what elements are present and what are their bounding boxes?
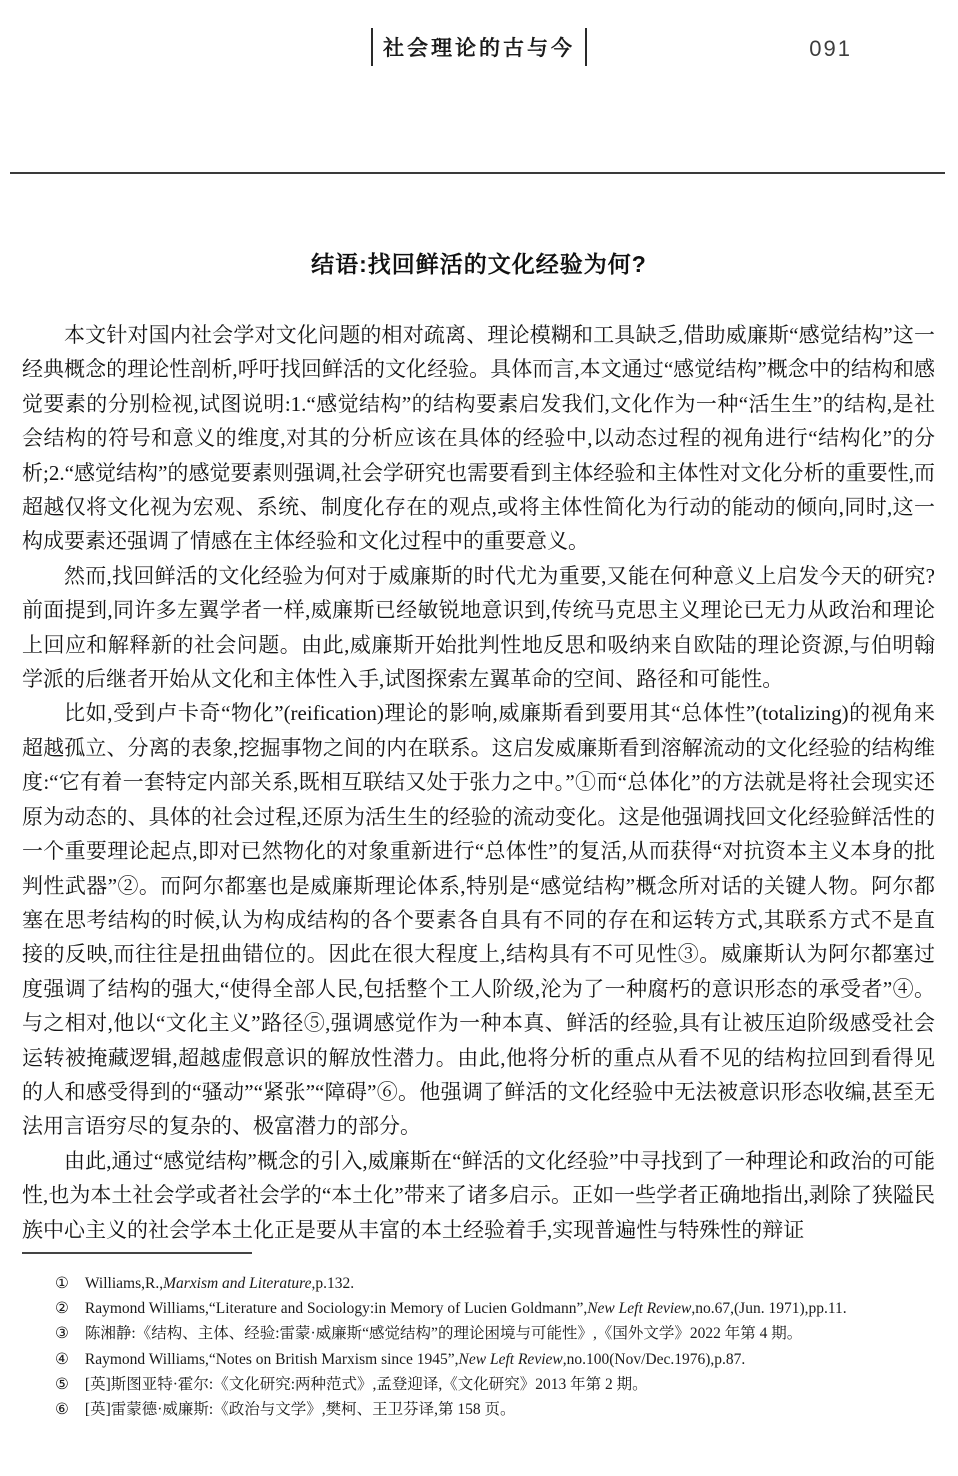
page-number: 091 (809, 36, 852, 62)
footnote-item: ②Raymond Williams,“Literature and Sociol… (22, 1296, 935, 1321)
footnote-text: [英]雷蒙德·威廉斯:《政治与文学》,樊柯、王卫芬译,第 158 页。 (85, 1401, 516, 1418)
footnote-item: ⑥[英]雷蒙德·威廉斯:《政治与文学》,樊柯、王卫芬译,第 158 页。 (22, 1397, 935, 1422)
article-body: 本文针对国内社会学对文化问题的相对疏离、理论模糊和工具缺乏,借助威廉斯“感觉结构… (22, 318, 935, 1247)
body-paragraph: 然而,找回鲜活的文化经验为何对于威廉斯的时代尤为重要,又能在何种意义上启发今天的… (22, 559, 935, 697)
footnote-item: ④Raymond Williams,“Notes on British Marx… (22, 1347, 935, 1372)
footnote-marker: ② (55, 1300, 69, 1317)
footnote-marker: ④ (55, 1351, 69, 1368)
running-title-text: 社会理论的古与今 (383, 32, 575, 62)
body-paragraph: 由此,通过“感觉结构”概念的引入,威廉斯在“鲜活的文化经验”中寻找到了一种理论和… (22, 1144, 935, 1247)
body-paragraph: 本文针对国内社会学对文化问题的相对疏离、理论模糊和工具缺乏,借助威廉斯“感觉结构… (22, 318, 935, 559)
footnote-rule (22, 1252, 252, 1254)
footnote-text: 陈湘静:《结构、主体、经验:雷蒙·威廉斯“感觉结构”的理论困境与可能性》,《国外… (85, 1325, 802, 1342)
footnote-text: [英]斯图亚特·霍尔:《文化研究:两种范式》,孟登迎译,《文化研究》2013 年… (85, 1376, 648, 1393)
header-right-bar (585, 28, 587, 66)
document-page: 社会理论的古与今 091 结语:找回鲜活的文化经验为何? 本文针对国内社会学对文… (0, 0, 958, 1476)
body-paragraph: 比如,受到卢卡奇“物化”(reification)理论的影响,威廉斯看到要用其“… (22, 696, 935, 1143)
section-title: 结语:找回鲜活的文化经验为何? (0, 246, 958, 279)
page-header: 社会理论的古与今 091 (0, 28, 958, 72)
footnote-marker: ⑥ (55, 1401, 69, 1418)
footnote-text: Raymond Williams,“Literature and Sociolo… (85, 1300, 847, 1317)
footnote-text: Williams,R.,Marxism and Literature,p.132… (85, 1275, 354, 1292)
footnote-marker: ③ (55, 1325, 69, 1342)
footnote-item: ③陈湘静:《结构、主体、经验:雷蒙·威廉斯“感觉结构”的理论困境与可能性》,《国… (22, 1321, 935, 1346)
footnote-marker: ① (55, 1275, 69, 1292)
header-left-bar (371, 28, 373, 66)
footnote-item: ①Williams,R.,Marxism and Literature,p.13… (22, 1271, 935, 1296)
header-rule (10, 172, 945, 174)
footnotes-section: ①Williams,R.,Marxism and Literature,p.13… (22, 1252, 935, 1422)
footnote-text: Raymond Williams,“Notes on British Marxi… (85, 1351, 745, 1368)
footnote-marker: ⑤ (55, 1376, 69, 1393)
footnote-item: ⑤[英]斯图亚特·霍尔:《文化研究:两种范式》,孟登迎译,《文化研究》2013 … (22, 1372, 935, 1397)
